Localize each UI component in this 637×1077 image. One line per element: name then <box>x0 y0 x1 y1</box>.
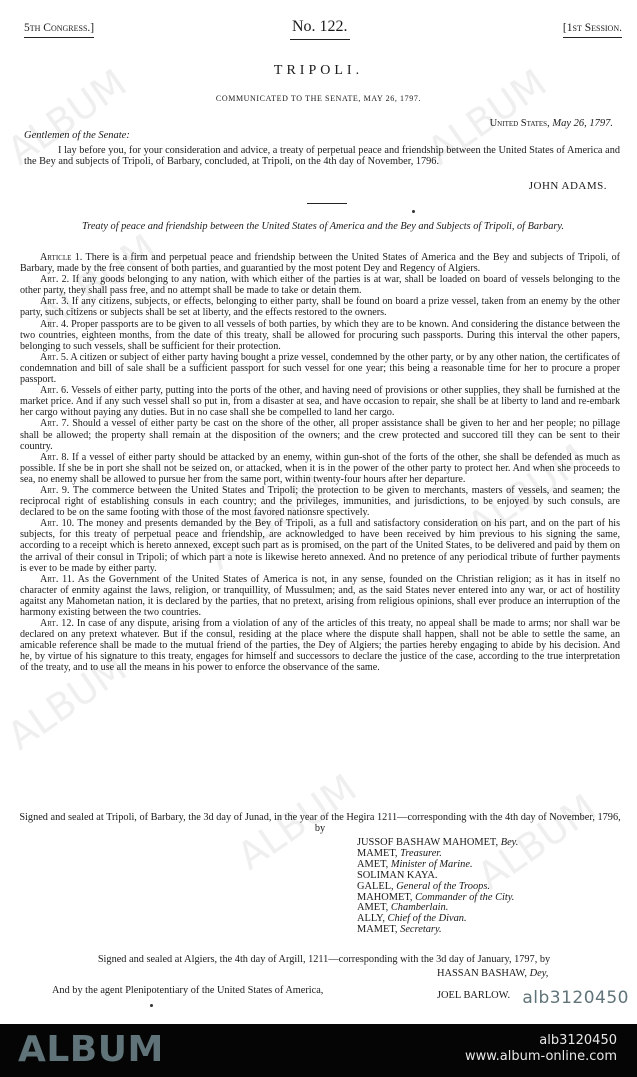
signer-role: Bey. <box>501 837 519 848</box>
signer-role: General of the Troops. <box>396 881 490 892</box>
signer-name: MAHOMET, <box>357 892 413 903</box>
article-label: Article 1. <box>40 252 82 263</box>
article-text: As the Government of the United States o… <box>20 574 620 618</box>
article-label: Art. 9. <box>40 485 70 496</box>
article: Art. 10. The money and presents demanded… <box>20 518 620 573</box>
document-title: TRIPOLI. <box>0 63 637 79</box>
presidential-message: I lay before you, for your consideration… <box>24 145 620 167</box>
signature-john-adams: JOHN ADAMS. <box>529 180 607 192</box>
article-text: The commerce between the United States a… <box>20 485 620 518</box>
article-label: Art. 3. <box>40 296 69 307</box>
document-page: ALBUM ALBUM ALBUM ALBUM ALBUM ALBUM ALBU… <box>0 0 637 1024</box>
treaty-articles: Article 1. There is a firm and perpetual… <box>20 252 620 674</box>
signer-name: SOLIMAN KAYA. <box>357 870 437 881</box>
signer-role: Treasurer. <box>400 848 442 859</box>
article-text: The money and presents demanded by the B… <box>20 518 620 573</box>
album-logo: ALBUM <box>18 1029 164 1070</box>
ink-speck <box>150 1004 153 1007</box>
article-label: Art. 8. <box>40 452 69 463</box>
article: Art. 6. Vessels of either party, putting… <box>20 385 620 418</box>
signer: MAMET, Secretary. <box>357 925 518 936</box>
session-label: [1st Session. <box>563 22 622 38</box>
signer-role: Commander of the City. <box>415 892 514 903</box>
signer-name: ALLY, <box>357 913 385 924</box>
signer-joel-barlow: JOEL BARLOW. <box>437 990 510 1001</box>
article-label: Art. 5. <box>40 352 68 363</box>
watermark-image-id: alb3120450 <box>522 988 629 1008</box>
date-place: United States, <box>490 118 550 129</box>
signer-name: AMET, <box>357 859 388 870</box>
footer-info: alb3120450 www.album-online.com <box>465 1033 617 1065</box>
article: Art. 9. The commerce between the United … <box>20 485 620 518</box>
footer-image-id: alb3120450 <box>465 1033 617 1049</box>
congress-label: 5th Congress.] <box>24 22 94 38</box>
salutation: Gentlemen of the Senate: <box>24 130 130 141</box>
article-text: A citizen or subject of either party hav… <box>20 352 620 385</box>
article: Art. 11. As the Government of the United… <box>20 574 620 618</box>
article-label: Art. 12. <box>40 618 74 629</box>
treaty-title: Treaty of peace and friendship between t… <box>24 221 622 232</box>
article-label: Art. 7. <box>40 418 69 429</box>
signer-role: Minister of Marine. <box>391 859 473 870</box>
article-text: If any citizens, subjects, or effects, b… <box>20 296 620 318</box>
article-text: If a vessel of either party should be at… <box>20 452 620 485</box>
signer-name: JUSSOF BASHAW MAHOMET, <box>357 837 498 848</box>
article: Art. 3. If any citizens, subjects, or ef… <box>20 296 620 318</box>
signers-list: JUSSOF BASHAW MAHOMET, Bey.MAMET, Treasu… <box>357 838 518 936</box>
date-line: United States, May 26, 1797. <box>490 118 613 129</box>
article-text: Proper passports are to be given to all … <box>20 319 620 352</box>
article-label: Art. 11. <box>40 574 74 585</box>
signed-at-algiers: Signed and sealed at Algiers, the 4th da… <box>24 954 624 965</box>
article: Art. 5. A citizen or subject of either p… <box>20 352 620 385</box>
article: Art. 8. If a vessel of either party shou… <box>20 452 620 485</box>
agent-line: And by the agent Plenipotentiary of the … <box>52 985 323 996</box>
signer-hassan-bashaw: HASSAN BASHAW, Dey, <box>437 968 548 979</box>
communicated-line: COMMUNICATED TO THE SENATE, MAY 26, 1797… <box>0 94 637 103</box>
article: Art. 4. Proper passports are to be given… <box>20 319 620 352</box>
article: Art. 7. Should a vessel of either party … <box>20 418 620 451</box>
signer-name: AMET, <box>357 902 388 913</box>
signer-role: Dey, <box>530 968 549 979</box>
ink-speck <box>412 210 415 213</box>
signer-name: MAMET, <box>357 924 398 935</box>
signer-role: Chamberlain. <box>391 902 448 913</box>
article-text: If any goods belonging to any nation, wi… <box>20 274 620 296</box>
article: Art. 12. In case of any dispute, arising… <box>20 618 620 673</box>
watermark-footer-bar: ALBUM alb3120450 www.album-online.com <box>0 1024 637 1077</box>
document-number: No. 122. <box>290 18 350 40</box>
article-text: Should a vessel of either party be cast … <box>20 418 620 451</box>
signer-name: HASSAN BASHAW, <box>437 968 527 979</box>
date-value: May 26, 1797. <box>552 118 613 129</box>
article-text: In case of any dispute, arising from a v… <box>20 618 620 673</box>
signer-name: MAMET, <box>357 848 398 859</box>
footer-url[interactable]: www.album-online.com <box>465 1049 617 1065</box>
article-text: There is a firm and perpetual peace and … <box>20 252 620 274</box>
signed-at-tripoli: Signed and sealed at Tripoli, of Barbary… <box>18 812 622 834</box>
article-text: Vessels of either party, putting into th… <box>20 385 620 418</box>
section-divider <box>307 203 347 204</box>
signer-name: GALEL, <box>357 881 394 892</box>
article: Art. 2. If any goods belonging to any na… <box>20 274 620 296</box>
article-label: Art. 4. <box>40 319 69 330</box>
article-label: Art. 2. <box>40 274 69 285</box>
signer-role: Chief of the Divan. <box>388 913 467 924</box>
article-label: Art. 10. <box>40 518 74 529</box>
article: Article 1. There is a firm and perpetual… <box>20 252 620 274</box>
article-label: Art. 6. <box>40 385 69 396</box>
signer-role: Secretary. <box>400 924 441 935</box>
